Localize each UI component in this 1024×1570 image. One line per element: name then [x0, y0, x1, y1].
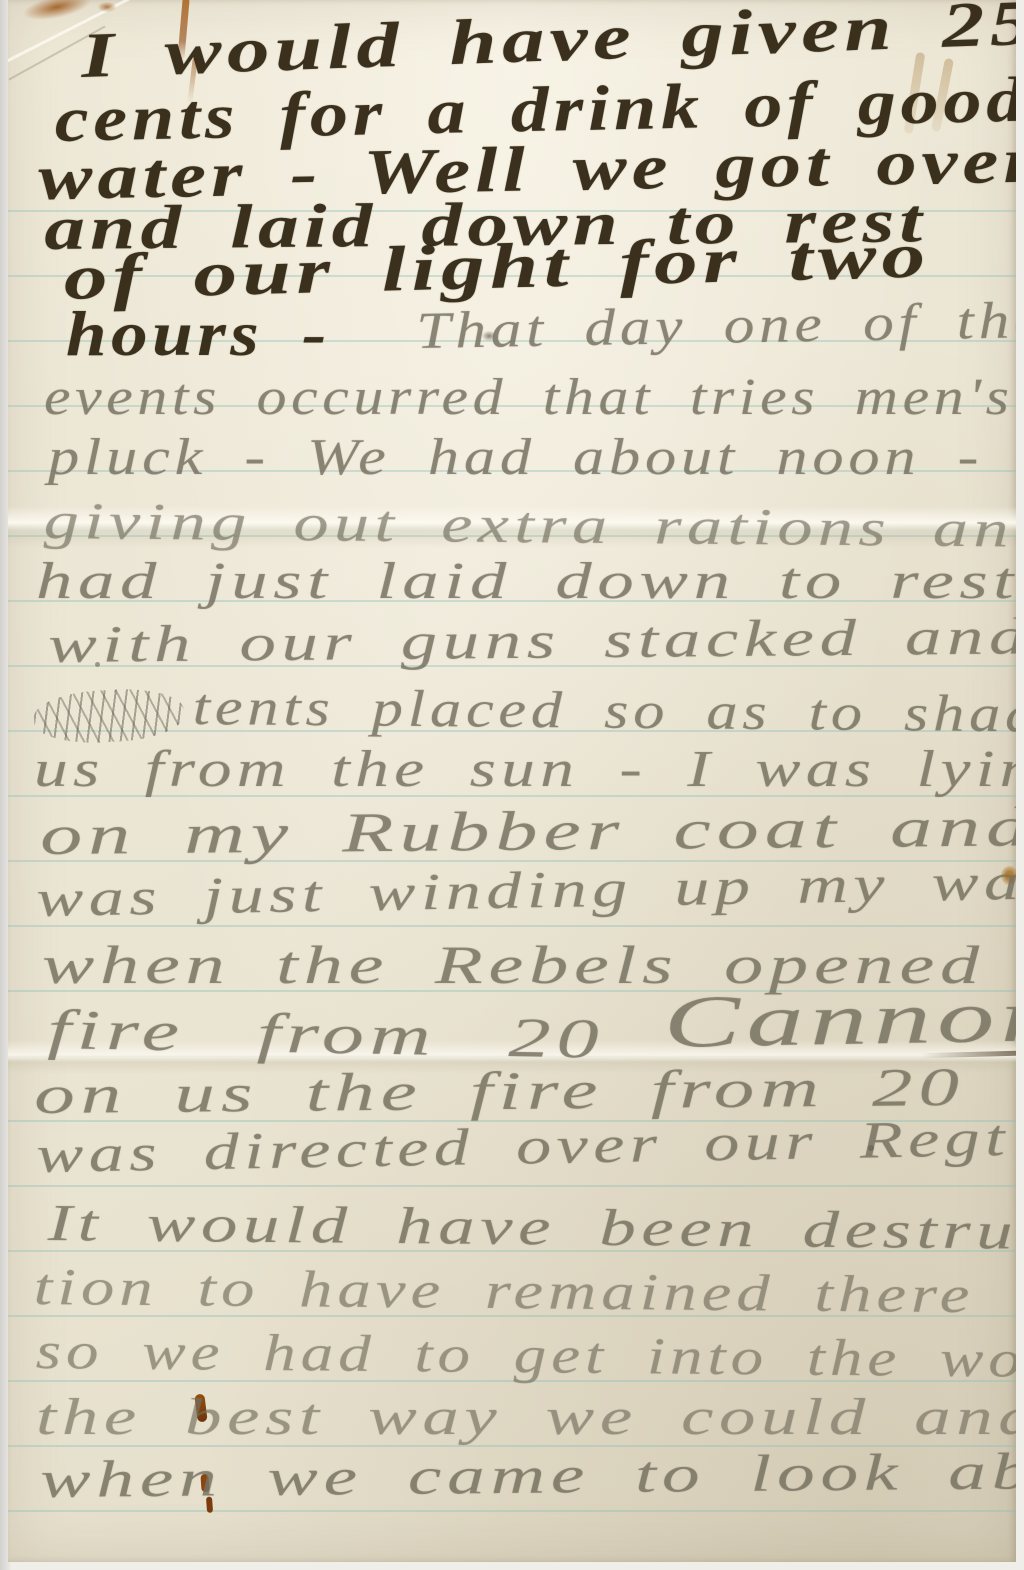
handwritten-line: That day one of those: [416, 294, 1016, 358]
handwritten-line: on my Rubber coat and: [40, 799, 1016, 864]
handwritten-line: had just laid down to rest: [36, 556, 1016, 608]
handwritten-line: It would have been destruc: [48, 1198, 1016, 1259]
handwritten-line: giving out extra rations and: [44, 496, 1016, 557]
handwritten-line: us from the sun - I was lying: [34, 744, 1016, 796]
handwritten-line: when we came to look about: [40, 1445, 1016, 1507]
handwritten-line: tents placed so as to shade: [193, 682, 1016, 742]
handwritten-line: so we had to get into the woods: [36, 1326, 1016, 1388]
handwritten-line: hours -: [66, 302, 331, 366]
handwritten-line: fire from 20: [47, 1002, 605, 1068]
handwritten-line: events occurred that tries men's: [44, 372, 1014, 424]
rust-stain-top-left-small: [98, 2, 116, 12]
letter-page: I would have given 25 cents for a drink …: [8, 0, 1016, 1562]
handwritten-line-cannon: Cannon: [663, 979, 1016, 1060]
handwritten-line: with our guns stacked and: [48, 611, 1016, 672]
handwritten-line: tion to have remained there &: [34, 1262, 1016, 1323]
handwritten-line: pluck - We had about noon - been: [48, 432, 1016, 484]
handwritten-line: the best way we could and: [36, 1392, 1016, 1444]
